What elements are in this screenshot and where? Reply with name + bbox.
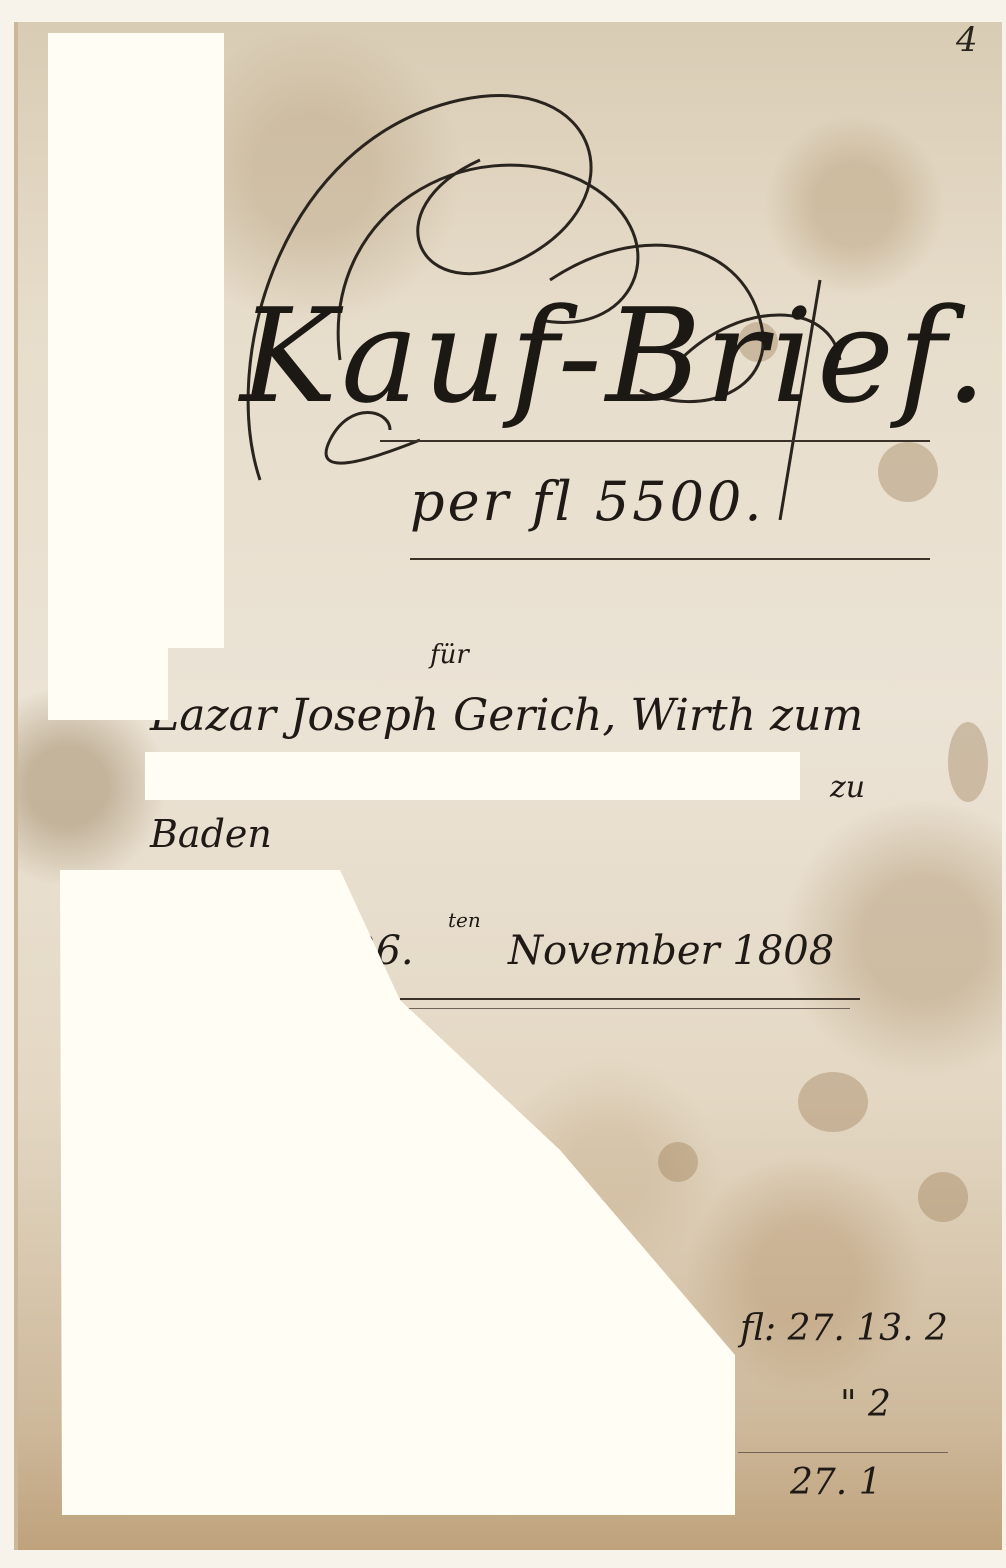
redaction-mask-large: [0, 0, 1006, 1568]
